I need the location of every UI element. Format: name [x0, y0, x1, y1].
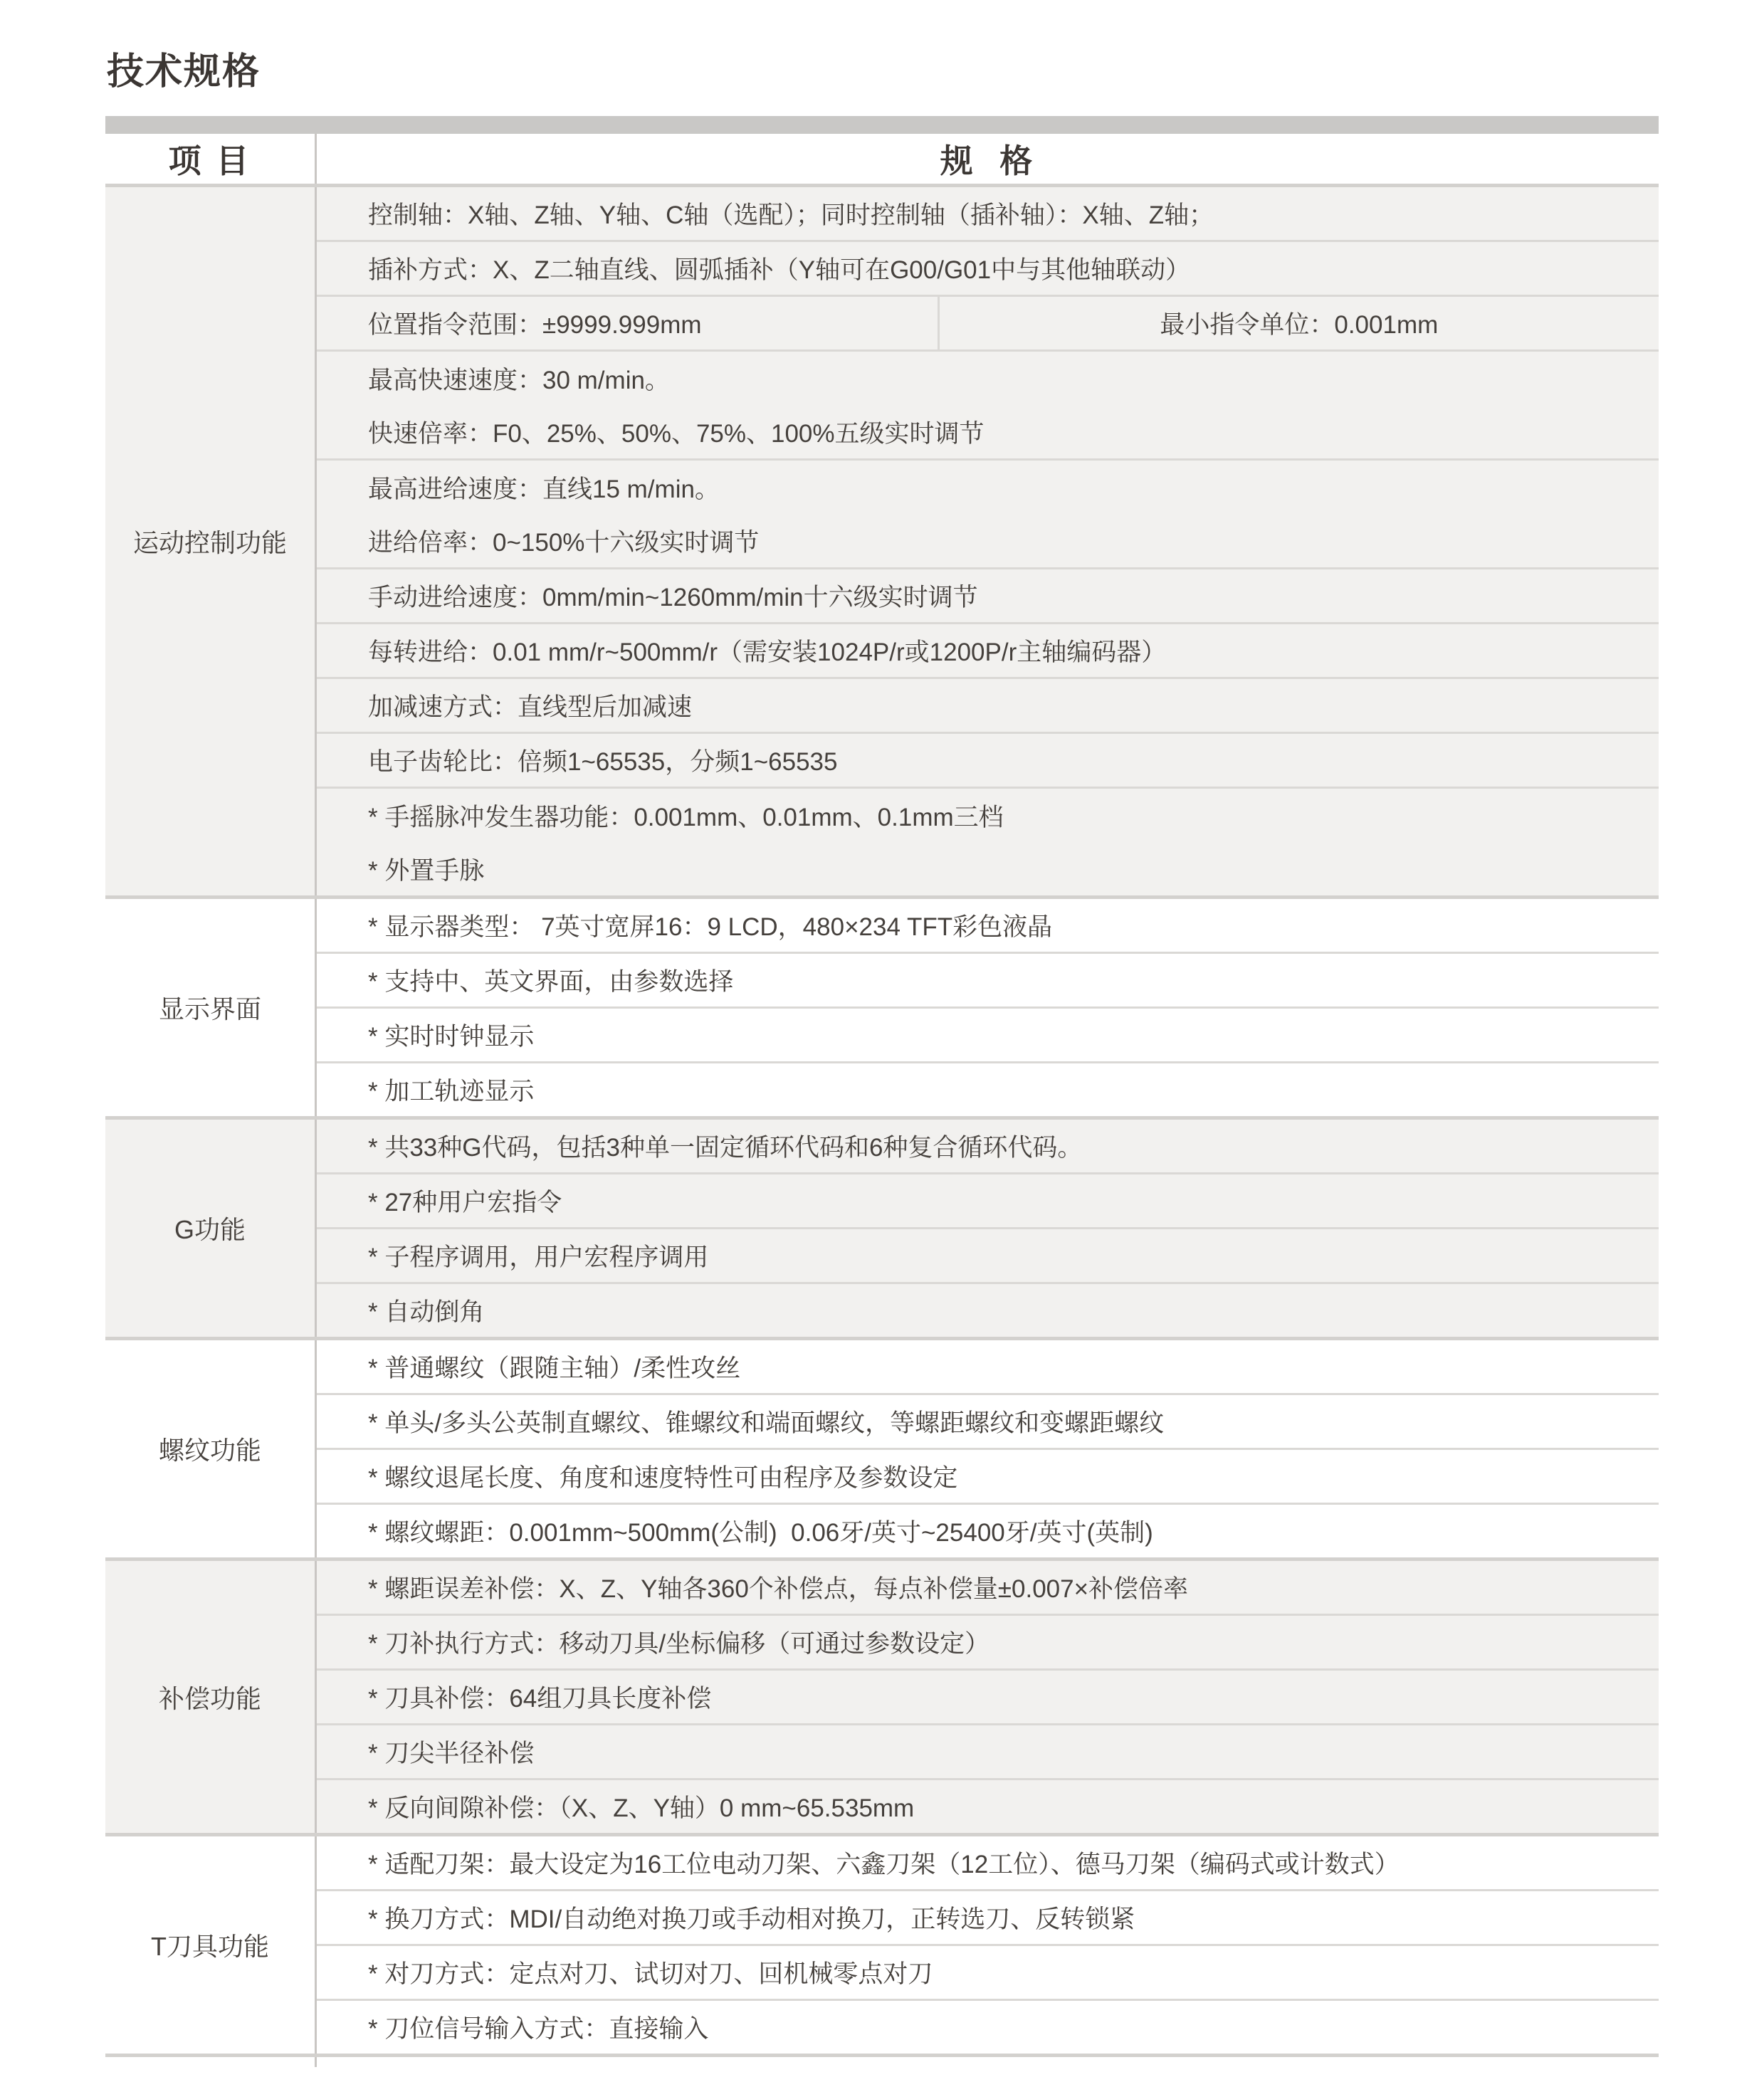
spec-row: * 实时时钟显示	[317, 1009, 1659, 1063]
spec-row: * 单头/多头公英制直螺纹、锥螺纹和端面螺纹，等螺距螺纹和变螺距螺纹	[317, 1395, 1659, 1450]
spec-text-line: * 显示器类型： 7英寸宽屏16：9 LCD，480×234 TFT彩色液晶	[317, 899, 1659, 952]
section-rows: * 普通螺纹（跟随主轴）/柔性攻丝* 单头/多头公英制直螺纹、锥螺纹和端面螺纹，…	[317, 1340, 1659, 1557]
spec-row: * 适配刀架：最大设定为16工位电动刀架、六鑫刀架（12工位）、德马刀架（编码式…	[317, 1836, 1659, 1891]
spec-text-line: * 单头/多头公英制直螺纹、锥螺纹和端面螺纹，等螺距螺纹和变螺距螺纹	[317, 1395, 1659, 1448]
spec-text-line: * 螺纹螺距：0.001mm~500mm(公制) 0.06牙/英寸~25400牙…	[317, 1505, 1659, 1557]
section-rows: * 显示器类型： 7英寸宽屏16：9 LCD，480×234 TFT彩色液晶* …	[317, 899, 1659, 1116]
spec-text-line: * 螺距误差补偿：X、Z、Y轴各360个补偿点，每点补偿量±0.007×补偿倍率	[317, 1561, 1659, 1614]
table-body: 运动控制功能控制轴：X轴、Z轴、Y轴、C轴（选配）；同时控制轴（插补轴）：X轴、…	[105, 187, 1659, 2057]
spec-row: * 支持中、英文界面，由参数选择	[317, 954, 1659, 1009]
spec-row: 最高进给速度：直线15 m/min。进给倍率：0~150%十六级实时调节	[317, 461, 1659, 569]
spec-text-line: * 刀具补偿：64组刀具长度补偿	[317, 1671, 1659, 1723]
spec-row: * 自动倒角	[317, 1284, 1659, 1337]
spec-text-line: 每转进给：0.01 mm/r~500mm/r（需安装1024P/r或1200P/…	[317, 624, 1659, 677]
section-category-label: 螺纹功能	[105, 1340, 317, 1557]
spec-row: 位置指令范围：±9999.999mm最小指令单位：0.001mm	[317, 297, 1659, 352]
spec-text-line: * 实时时钟显示	[317, 1009, 1659, 1061]
section-rows: * 适配刀架：最大设定为16工位电动刀架、六鑫刀架（12工位）、德马刀架（编码式…	[317, 1836, 1659, 2054]
spec-row: * 刀补执行方式：移动刀具/坐标偏移（可通过参数设定）	[317, 1616, 1659, 1671]
section-category-label: G功能	[105, 1120, 317, 1337]
spec-cell: 最小指令单位：0.001mm	[940, 297, 1659, 349]
spec-text-line: 插补方式：X、Z二轴直线、圆弧插补（Y轴可在G00/G01中与其他轴联动）	[317, 242, 1659, 295]
spec-text-line: 控制轴：X轴、Z轴、Y轴、C轴（选配）；同时控制轴（插补轴）：X轴、Z轴；	[317, 187, 1659, 240]
spec-cell: 位置指令范围：±9999.999mm	[317, 297, 940, 349]
spec-text-line: * 子程序调用，用户宏程序调用	[317, 1229, 1659, 1282]
spec-text-line: * 外置手脉	[317, 842, 1659, 895]
spec-row: * 螺纹螺距：0.001mm~500mm(公制) 0.06牙/英寸~25400牙…	[317, 1505, 1659, 1557]
spec-row: * 刀尖半径补偿	[317, 1725, 1659, 1780]
spec-row: * 子程序调用，用户宏程序调用	[317, 1229, 1659, 1284]
spec-text-line: 加减速方式：直线型后加减速	[317, 679, 1659, 732]
spec-row: * 手摇脉冲发生器功能：0.001mm、0.01mm、0.1mm三档* 外置手脉	[317, 789, 1659, 895]
spec-row: * 刀具补偿：64组刀具长度补偿	[317, 1671, 1659, 1725]
section-category-label: 显示界面	[105, 899, 317, 1116]
spec-row: 电子齿轮比：倍频1~65535，分频1~65535	[317, 734, 1659, 789]
spec-text-line: 最高快速速度：30 m/min。	[317, 352, 1659, 405]
spec-text-line: 手动进给速度：0mm/min~1260mm/min十六级实时调节	[317, 569, 1659, 622]
spec-row: * 螺纹退尾长度、角度和速度特性可由程序及参数设定	[317, 1450, 1659, 1505]
column-header-spec: 规 格	[317, 134, 1659, 184]
column-header-item: 项 目	[105, 134, 317, 184]
table-top-accent-bar	[105, 116, 1659, 134]
spec-row: * 刀位信号输入方式：直接输入	[317, 2001, 1659, 2054]
spec-text-line: * 反向间隙补偿：（X、Z、Y轴）0 mm~65.535mm	[317, 1780, 1659, 1833]
spec-text-line: * 换刀方式：MDI/自动绝对换刀或手动相对换刀，正转选刀、反转锁紧	[317, 1891, 1659, 1944]
spec-text-line: 电子齿轮比：倍频1~65535，分频1~65535	[317, 734, 1659, 787]
section-3: G功能* 共33种G代码，包括3种单一固定循环代码和6种复合循环代码。* 27种…	[105, 1120, 1659, 1340]
section-rows: * 共33种G代码，包括3种单一固定循环代码和6种复合循环代码。* 27种用户宏…	[317, 1120, 1659, 1337]
spec-text-line: * 适配刀架：最大设定为16工位电动刀架、六鑫刀架（12工位）、德马刀架（编码式…	[317, 1836, 1659, 1889]
spec-row: 控制轴：X轴、Z轴、Y轴、C轴（选配）；同时控制轴（插补轴）：X轴、Z轴；	[317, 187, 1659, 242]
section-category-label: 补偿功能	[105, 1561, 317, 1833]
table-cutoff-row	[105, 2057, 1659, 2067]
spec-row: 每转进给：0.01 mm/r~500mm/r（需安装1024P/r或1200P/…	[317, 624, 1659, 679]
spec-row: * 螺距误差补偿：X、Z、Y轴各360个补偿点，每点补偿量±0.007×补偿倍率	[317, 1561, 1659, 1616]
section-rows: * 螺距误差补偿：X、Z、Y轴各360个补偿点，每点补偿量±0.007×补偿倍率…	[317, 1561, 1659, 1833]
spec-text-line: * 普通螺纹（跟随主轴）/柔性攻丝	[317, 1340, 1659, 1393]
table-cutoff-category-cell	[105, 2057, 317, 2067]
page-title: 技术规格	[107, 41, 261, 95]
spec-row: 插补方式：X、Z二轴直线、圆弧插补（Y轴可在G00/G01中与其他轴联动）	[317, 242, 1659, 297]
section-1: 运动控制功能控制轴：X轴、Z轴、Y轴、C轴（选配）；同时控制轴（插补轴）：X轴、…	[105, 187, 1659, 899]
spec-text-line: * 对刀方式：定点对刀、试切对刀、回机械零点对刀	[317, 1946, 1659, 1999]
spec-table: 项 目 规 格 运动控制功能控制轴：X轴、Z轴、Y轴、C轴（选配）；同时控制轴（…	[105, 116, 1659, 2067]
spec-row: * 对刀方式：定点对刀、试切对刀、回机械零点对刀	[317, 1946, 1659, 2001]
spec-text-line: 快速倍率：F0、25%、50%、75%、100%五级实时调节	[317, 405, 1659, 458]
spec-row: * 换刀方式：MDI/自动绝对换刀或手动相对换刀，正转选刀、反转锁紧	[317, 1891, 1659, 1946]
section-4: 螺纹功能* 普通螺纹（跟随主轴）/柔性攻丝* 单头/多头公英制直螺纹、锥螺纹和端…	[105, 1340, 1659, 1561]
spec-text-line: * 螺纹退尾长度、角度和速度特性可由程序及参数设定	[317, 1450, 1659, 1503]
spec-row: 手动进给速度：0mm/min~1260mm/min十六级实时调节	[317, 569, 1659, 624]
spec-text-line: 最高进给速度：直线15 m/min。	[317, 461, 1659, 514]
spec-row: * 加工轨迹显示	[317, 1063, 1659, 1116]
spec-row: * 普通螺纹（跟随主轴）/柔性攻丝	[317, 1340, 1659, 1395]
section-2: 显示界面* 显示器类型： 7英寸宽屏16：9 LCD，480×234 TFT彩色…	[105, 899, 1659, 1120]
spec-row: * 27种用户宏指令	[317, 1174, 1659, 1229]
spec-text-line: * 刀尖半径补偿	[317, 1725, 1659, 1778]
spec-row: * 反向间隙补偿：（X、Z、Y轴）0 mm~65.535mm	[317, 1780, 1659, 1833]
section-category-label: 运动控制功能	[105, 187, 317, 895]
spec-text-line: * 自动倒角	[317, 1284, 1659, 1337]
section-6: T刀具功能* 适配刀架：最大设定为16工位电动刀架、六鑫刀架（12工位）、德马刀…	[105, 1836, 1659, 2057]
spec-text-line: 进给倍率：0~150%十六级实时调节	[317, 514, 1659, 567]
spec-row: * 共33种G代码，包括3种单一固定循环代码和6种复合循环代码。	[317, 1120, 1659, 1174]
spec-text-line: * 手摇脉冲发生器功能：0.001mm、0.01mm、0.1mm三档	[317, 789, 1659, 842]
spec-text-line: * 共33种G代码，包括3种单一固定循环代码和6种复合循环代码。	[317, 1120, 1659, 1172]
spec-text-line: * 刀补执行方式：移动刀具/坐标偏移（可通过参数设定）	[317, 1616, 1659, 1668]
spec-row: 加减速方式：直线型后加减速	[317, 679, 1659, 734]
spec-row: * 显示器类型： 7英寸宽屏16：9 LCD，480×234 TFT彩色液晶	[317, 899, 1659, 954]
section-rows: 控制轴：X轴、Z轴、Y轴、C轴（选配）；同时控制轴（插补轴）：X轴、Z轴；插补方…	[317, 187, 1659, 895]
spec-text-line: * 加工轨迹显示	[317, 1063, 1659, 1116]
table-header-row: 项 目 规 格	[105, 134, 1659, 187]
spec-text-line: * 支持中、英文界面，由参数选择	[317, 954, 1659, 1006]
spec-text-line: * 27种用户宏指令	[317, 1174, 1659, 1227]
spec-text-line: * 刀位信号输入方式：直接输入	[317, 2001, 1659, 2054]
section-5: 补偿功能* 螺距误差补偿：X、Z、Y轴各360个补偿点，每点补偿量±0.007×…	[105, 1561, 1659, 1836]
section-category-label: T刀具功能	[105, 1836, 317, 2054]
spec-row: 最高快速速度：30 m/min。快速倍率：F0、25%、50%、75%、100%…	[317, 352, 1659, 461]
